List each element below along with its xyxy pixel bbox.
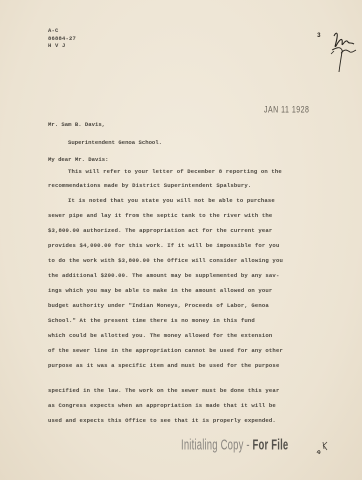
body-line: recommendations made by District Superin…	[48, 182, 251, 189]
body-line: provides $4,000.00 for this work. If it …	[48, 242, 279, 249]
stamp-text-strong: For File	[253, 438, 289, 454]
body-line: specified in the law. The work on the se…	[48, 387, 279, 394]
reference-line-1: A-C	[48, 27, 76, 35]
body-line: budget authority under "Indian Moneys, P…	[48, 302, 269, 309]
body-line: the additional $200.00. The amount may b…	[48, 272, 279, 279]
addressee-name: Mr. Sam B. Davis,	[48, 121, 105, 128]
body-line: purpose as it was a specific item and mu…	[48, 362, 279, 369]
body-line: $3,800.00 authorized. The appropriation …	[48, 227, 272, 234]
body-line: which could be allotted you. The money a…	[48, 332, 272, 339]
body-line: ings which you may be able to make in th…	[48, 287, 272, 294]
body-line: of the sewer line in the appropriation c…	[48, 347, 283, 354]
date-stamp: JAN 11 1928	[264, 106, 309, 115]
initialing-copy-stamp: Initialing Copy - For File	[181, 438, 288, 454]
reference-line-3: H V J	[48, 42, 76, 50]
reference-codes: A-C 86884-27 H V J	[48, 27, 76, 50]
page-number: 3	[317, 32, 321, 39]
body-line: This will refer to your letter of Decemb…	[68, 168, 282, 175]
salutation: My dear Mr. Davis:	[48, 156, 108, 163]
body-line: School." At the present time there is no…	[48, 317, 255, 324]
handwritten-initials-icon	[316, 440, 330, 456]
body-line: used and expects this Office to see that…	[48, 417, 276, 424]
body-line: to do the work with $3,800.00 the Office…	[48, 257, 283, 264]
handwritten-signature-icon	[328, 28, 360, 76]
stamp-text-light: Initialing Copy -	[181, 438, 253, 454]
body-line: It is noted that you state you will not …	[68, 197, 275, 204]
addressee-title: Superintendent Genoa School.	[68, 139, 162, 146]
letter-page: A-C 86884-27 H V J 3 JAN 11 1928 Mr. Sam…	[0, 0, 362, 480]
body-line: sewer pipe and lay it from the septic ta…	[48, 212, 272, 219]
body-line: as Congress expects when an appropriatio…	[48, 402, 276, 409]
reference-line-2: 86884-27	[48, 35, 76, 43]
